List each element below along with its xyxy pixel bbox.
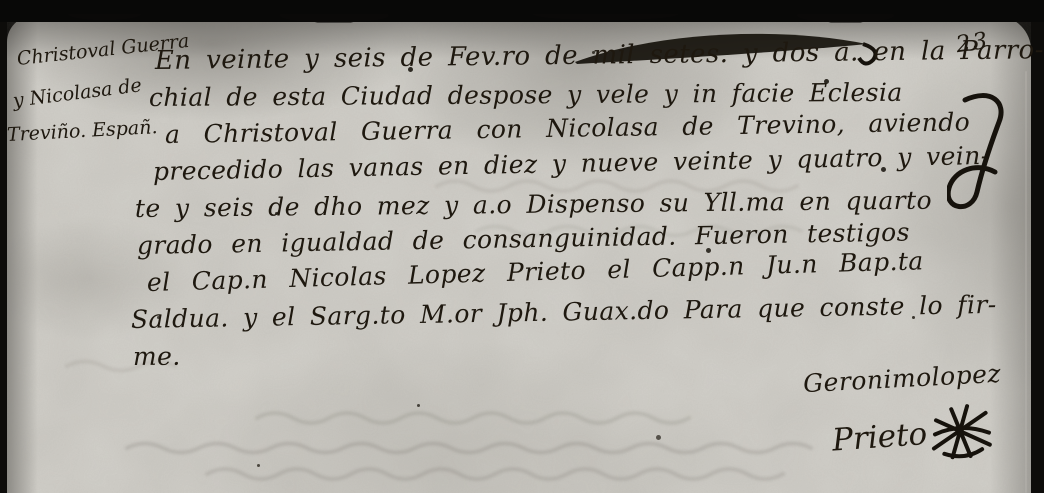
paper: 23 Christoval Guerra y Nicolasa de Trevi… bbox=[7, 16, 1031, 493]
signature-name: Geronimolopez bbox=[802, 359, 1001, 398]
signature-surname-text: Prieto bbox=[831, 416, 928, 459]
rubric-flourish bbox=[927, 400, 995, 462]
document-scan: 23 Christoval Guerra y Nicolasa de Trevi… bbox=[0, 0, 1044, 493]
binding-edge-top bbox=[0, 0, 1044, 22]
signature-surname: Prieto bbox=[801, 400, 995, 471]
record-line: En veinte y seis de Fev.ro de mil setes.… bbox=[155, 35, 1031, 83]
signature-block: Geronimolopez Prieto bbox=[803, 364, 1001, 465]
record-text: En veinte y seis de Fev.ro de mil setes.… bbox=[7, 46, 1031, 379]
